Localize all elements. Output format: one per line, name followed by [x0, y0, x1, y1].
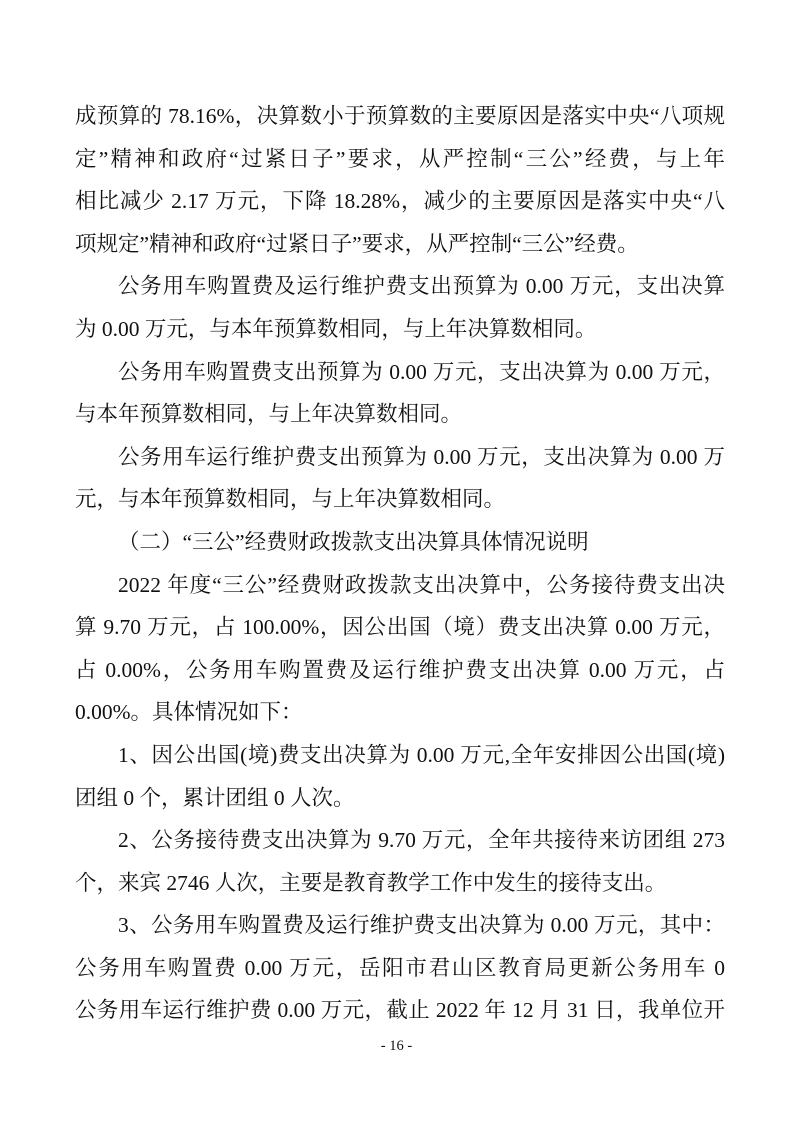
- document-page: 成预算的 78.16%，决算数小于预算数的主要原因是落实中央“八项规 定”精神和…: [0, 0, 793, 1122]
- section-heading: （二）“三公”经费财政拨款支出决算具体情况说明: [75, 521, 725, 564]
- document-line: 项规定”精神和政府“过紧日子”要求，从严控制“三公”经费。: [75, 223, 725, 266]
- document-line: 个，来宾 2746 人次，主要是教育教学工作中发生的接待支出。: [75, 862, 725, 905]
- document-line: 占 0.00%，公务用车购置费及运行维护费支出决算 0.00 万元，占: [75, 649, 725, 692]
- document-line: 公务用车购置费及运行维护费支出预算为 0.00 万元，支出决算: [75, 265, 725, 308]
- document-line: 相比减少 2.17 万元，下降 18.28%，减少的主要原因是落实中央“八: [75, 180, 725, 223]
- document-line: 为 0.00 万元，与本年预算数相同，与上年决算数相同。: [75, 308, 725, 351]
- document-line: 定”精神和政府“过紧日子”要求，从严控制“三公”经费，与上年: [75, 138, 725, 181]
- document-line: 公务用车购置费支出预算为 0.00 万元，支出决算为 0.00 万元，: [75, 351, 725, 394]
- document-line: 与本年预算数相同，与上年决算数相同。: [75, 393, 725, 436]
- document-line: 公务用车运行维护费支出预算为 0.00 万元，支出决算为 0.00 万: [75, 436, 725, 479]
- document-line: 元，与本年预算数相同，与上年决算数相同。: [75, 478, 725, 521]
- document-line: 成预算的 78.16%，决算数小于预算数的主要原因是落实中央“八项规: [75, 95, 725, 138]
- document-line: 公务用车运行维护费 0.00 万元，截止 2022 年 12 月 31 日，我单…: [75, 989, 725, 1032]
- document-body: 成预算的 78.16%，决算数小于预算数的主要原因是落实中央“八项规 定”精神和…: [75, 95, 725, 1032]
- document-line: 1、因公出国(境)费支出决算为 0.00 万元,全年安排因公出国(境): [75, 734, 725, 777]
- document-line: 0.00%。具体情况如下：: [75, 691, 725, 734]
- document-line: 公务用车购置费 0.00 万元，岳阳市君山区教育局更新公务用车 0 辆。: [75, 947, 725, 990]
- document-line: 2022 年度“三公”经费财政拨款支出决算中，公务接待费支出决: [75, 564, 725, 607]
- page-number: - 16 -: [0, 1036, 793, 1056]
- document-line: 团组 0 个，累计团组 0 人次。: [75, 777, 725, 820]
- document-line: 3、公务用车购置费及运行维护费支出决算为 0.00 万元，其中：: [75, 904, 725, 947]
- document-line: 2、公务接待费支出决算为 9.70 万元，全年共接待来访团组 273: [75, 819, 725, 862]
- document-line: 算 9.70 万元，占 100.00%，因公出国（境）费支出决算 0.00 万元…: [75, 606, 725, 649]
